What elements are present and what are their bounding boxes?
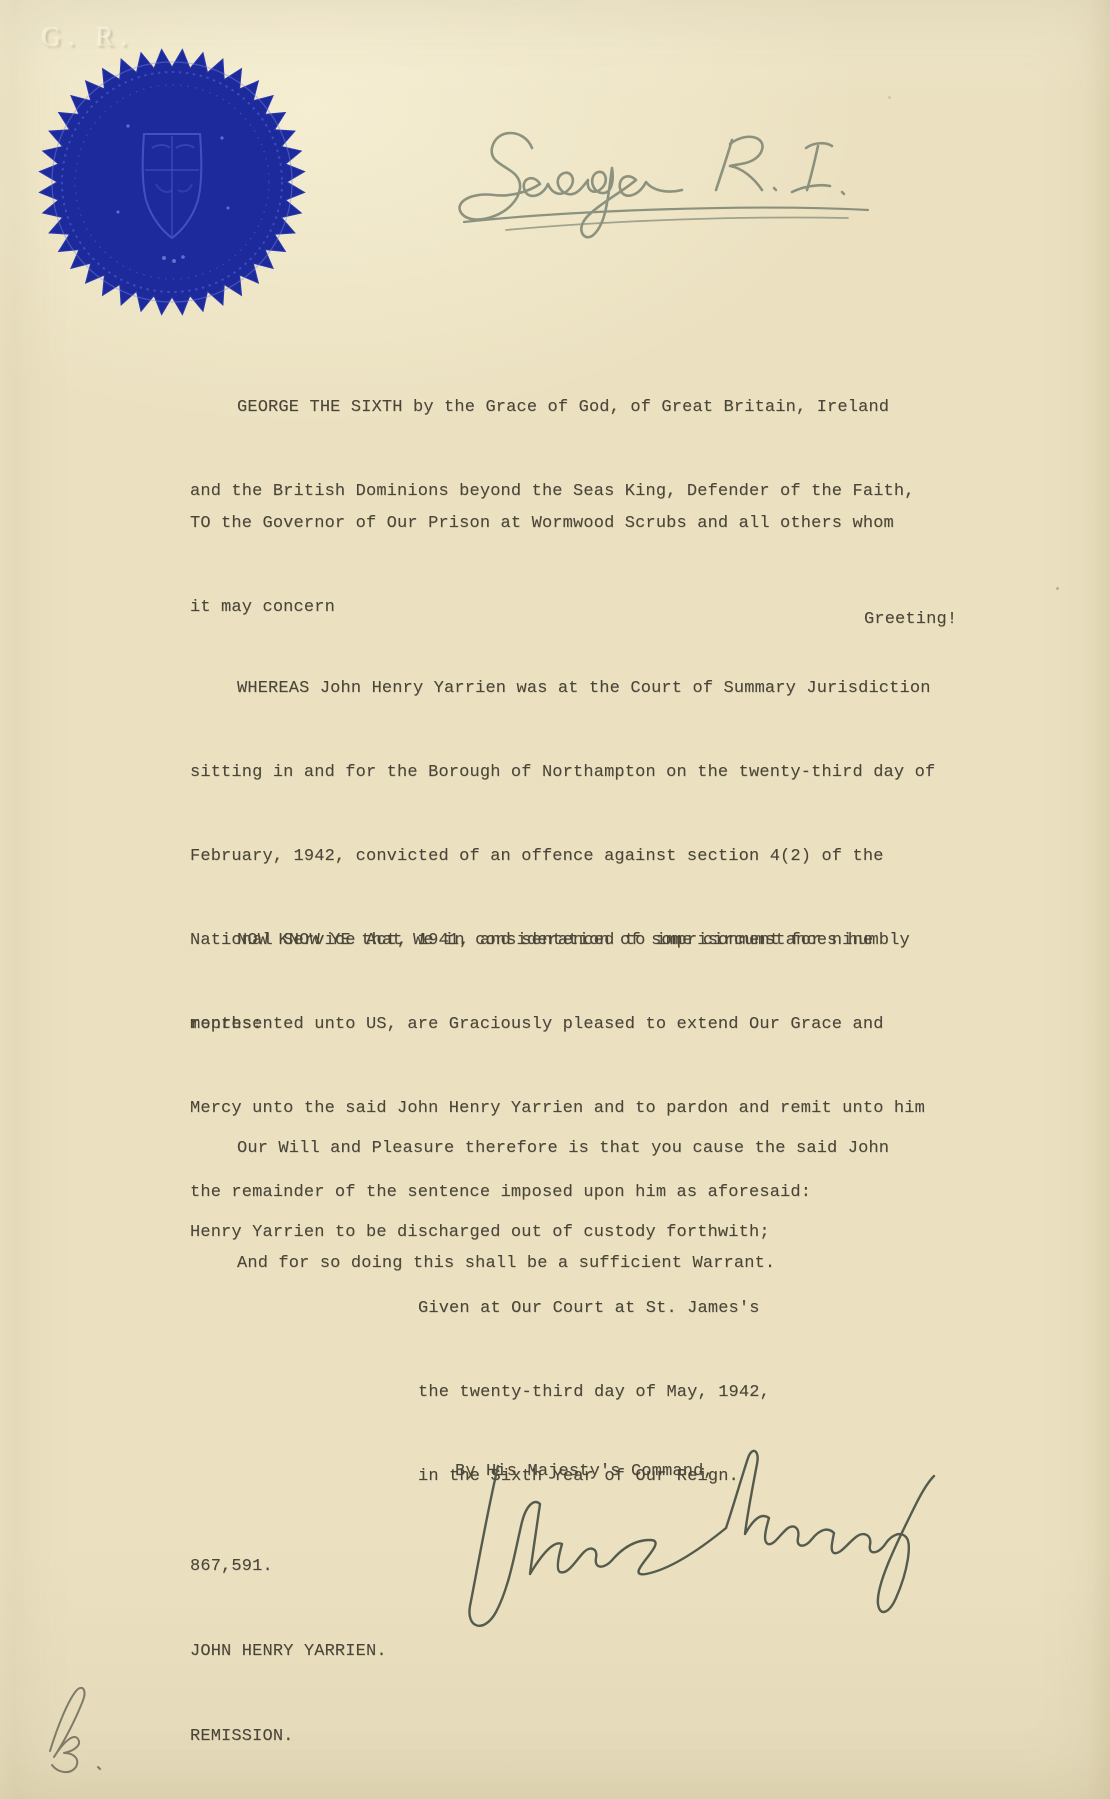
body-line: Given at Our Court at St. James's [418, 1286, 770, 1332]
royal-seal [32, 42, 312, 322]
official-signature [460, 1448, 940, 1633]
royal-signature-graphic [436, 122, 876, 247]
pencil-annotation [22, 1685, 112, 1780]
reference-name: JOHN HENRY YARRIEN. [190, 1628, 387, 1675]
reference-block: 867,591. JOHN HENRY YARRIEN. REMISSION. [190, 1505, 387, 1798]
body-line: GEORGE THE SIXTH by the Grace of God, of… [190, 385, 915, 431]
body-line: WHEREAS John Henry Yarrien was at the Co… [190, 666, 935, 712]
body-line: represented unto US, are Graciously plea… [190, 1002, 925, 1048]
body-line: February, 1942, convicted of an offence … [190, 834, 935, 880]
body-line: it may concern [190, 585, 894, 631]
royal-seal-graphic [32, 42, 312, 322]
body-line: Our Will and Pleasure therefore is that … [190, 1126, 889, 1172]
pencil-annotation-graphic [22, 1685, 112, 1780]
royal-signature [436, 122, 876, 247]
body-line: TO the Governor of Our Prison at Wormwoo… [190, 501, 894, 547]
paper-speck [1056, 587, 1059, 590]
paper-speck [888, 96, 891, 99]
official-signature-graphic [460, 1448, 940, 1633]
body-line: NOW KNOW YE that We in consideration of … [190, 918, 925, 964]
body-line: the twenty-third day of May, 1942, [418, 1370, 770, 1416]
reference-subject: REMISSION. [190, 1713, 387, 1760]
document-page: G. R. [0, 0, 1110, 1799]
reference-number: 867,591. [190, 1543, 387, 1590]
body-line: sitting in and for the Borough of Northa… [190, 750, 935, 796]
